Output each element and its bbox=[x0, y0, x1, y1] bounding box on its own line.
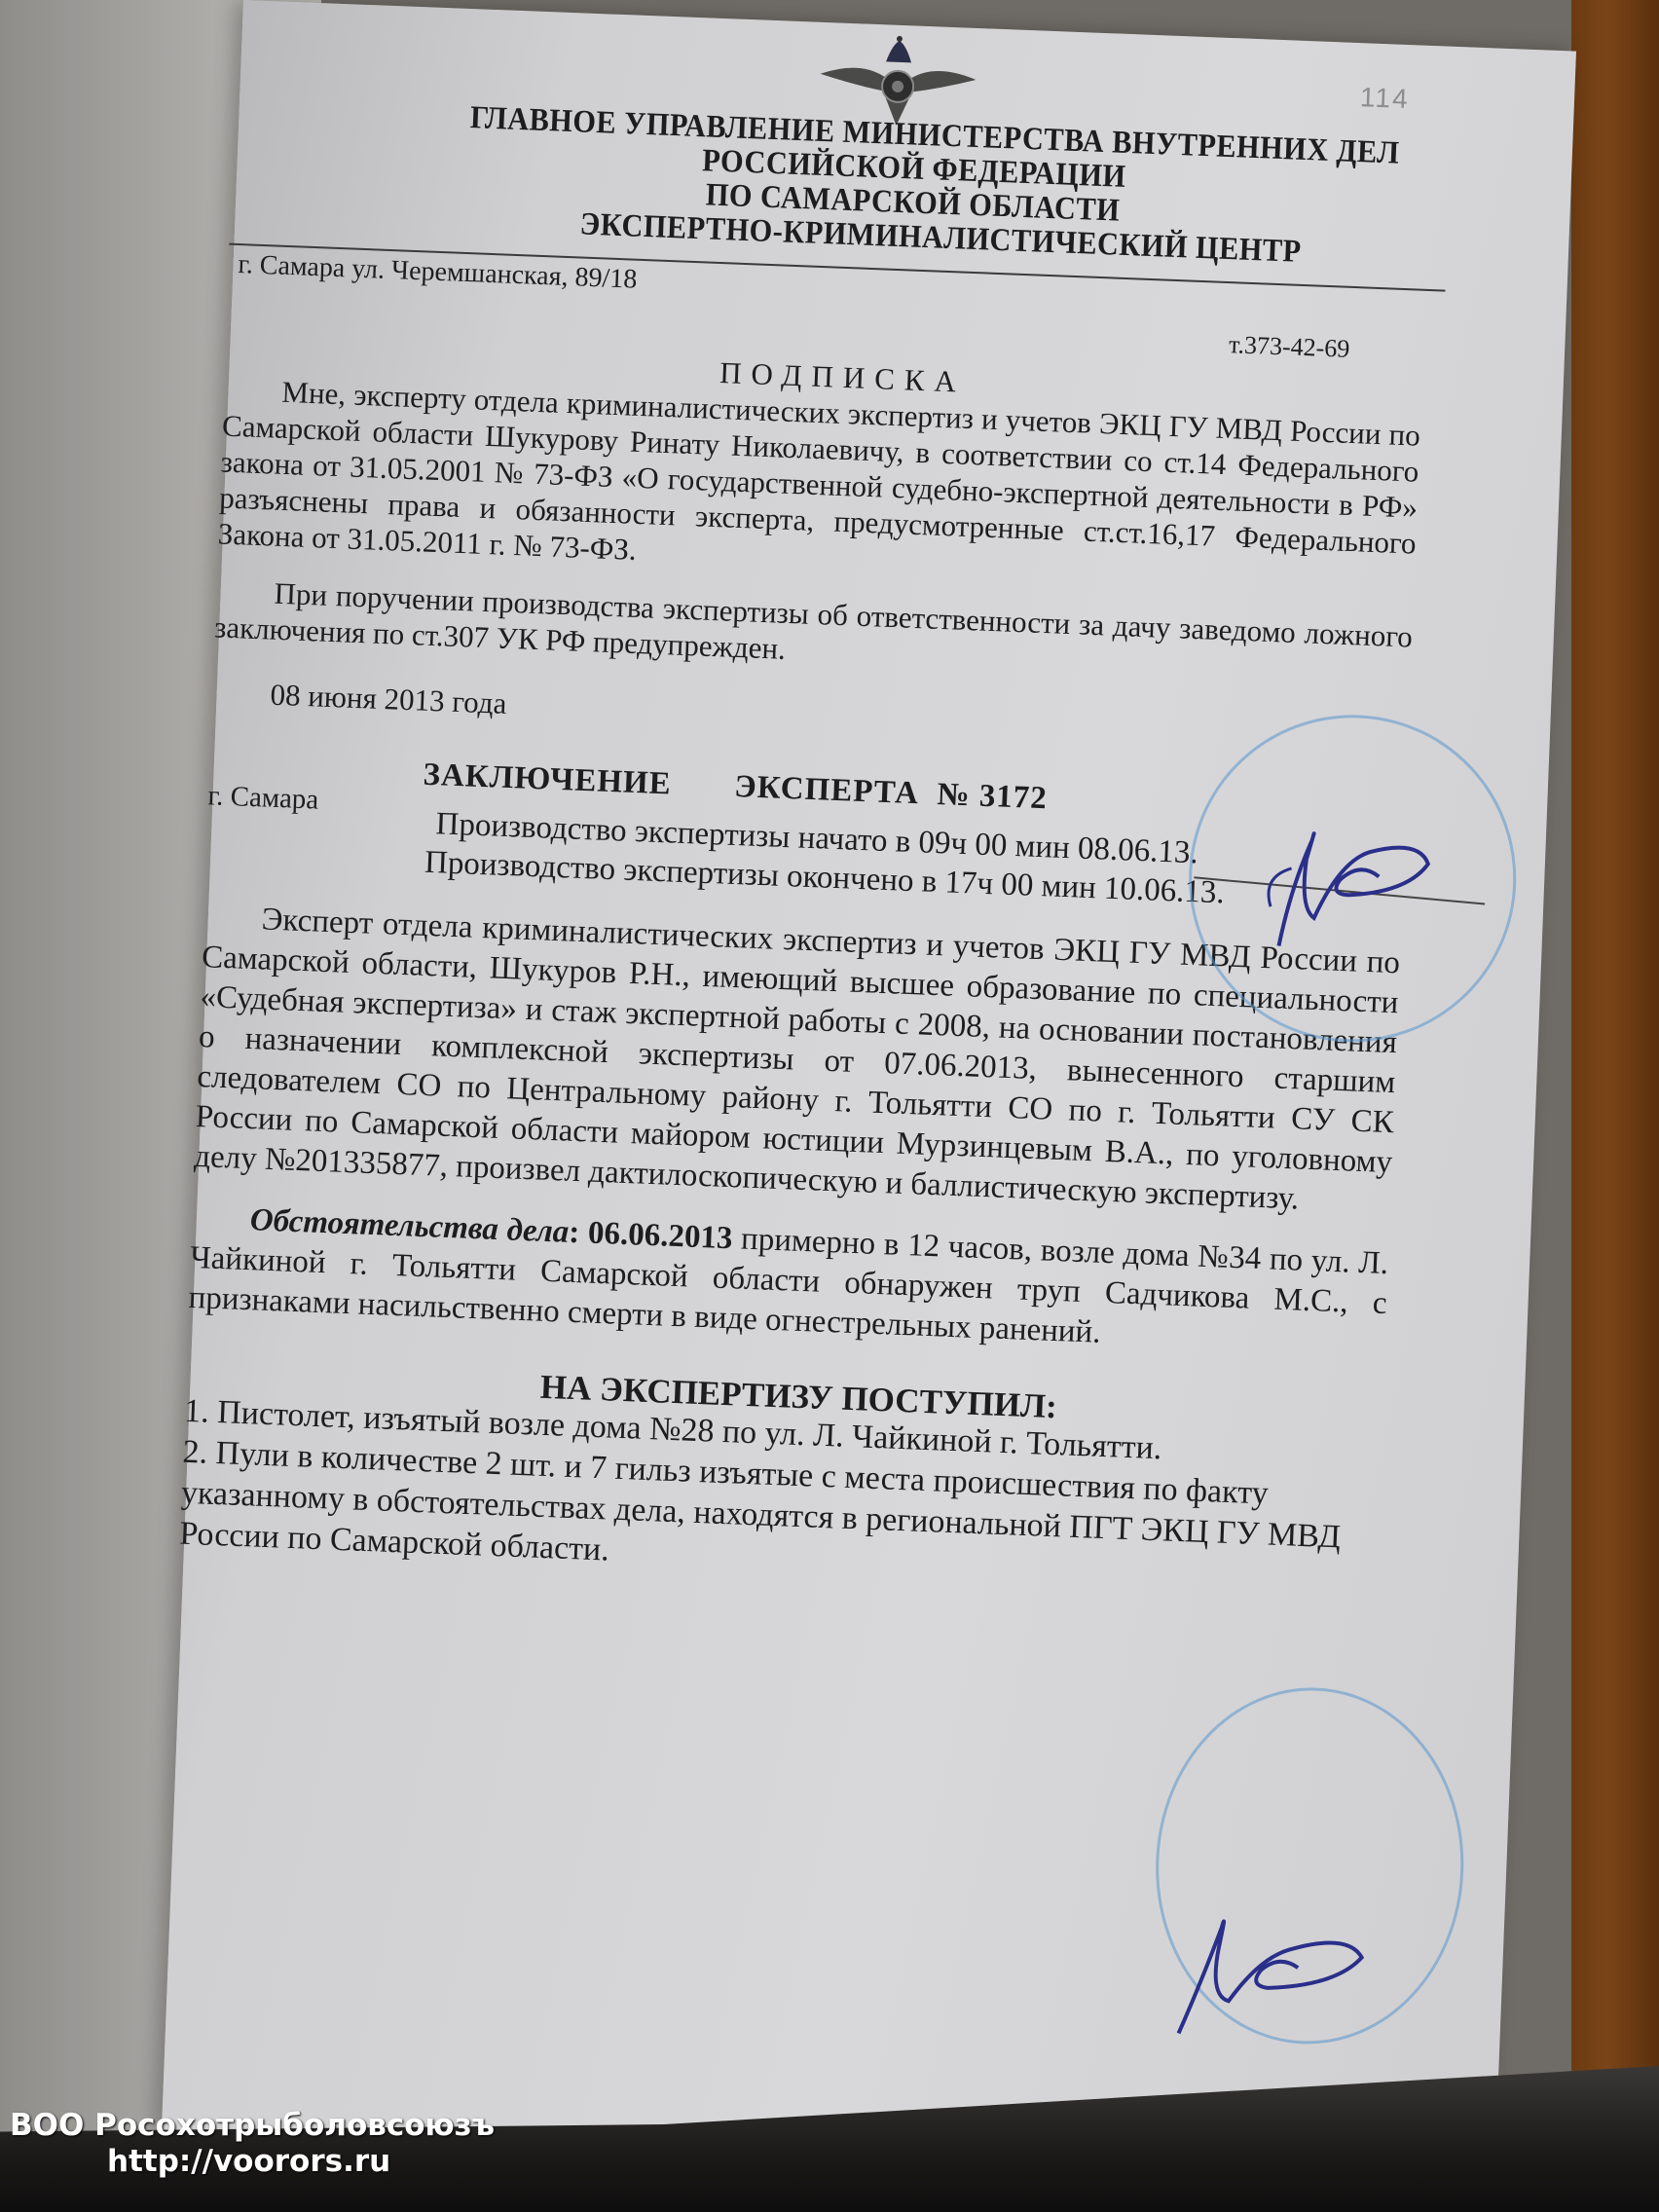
city: г. Самара bbox=[207, 778, 319, 818]
circumstances-date: : 06.06.2013 bbox=[569, 1215, 734, 1256]
conclusion-title: ЗАКЛЮЧЕНИЕ ЭКСПЕРТА № 3172 bbox=[423, 757, 1049, 818]
signature-icon bbox=[1220, 797, 1459, 962]
subscription-warning-paragraph: При поручении производства экспертизы об… bbox=[214, 572, 1414, 690]
document-page: 114 ГЛАВНОЕ УПРАВЛЕНИЕ МИНИСТЕРСТВА ВНУТ… bbox=[162, 0, 1576, 2182]
subscription-date: 08 июня 2013 года bbox=[270, 677, 1410, 756]
circumstances-paragraph: Обстоятельства дела: 06.06.2013 примерно… bbox=[188, 1198, 1389, 1364]
site-watermark: ВОО Росохотрыболовсоюзъ http://voorors.r… bbox=[10, 2108, 495, 2180]
watermark-org: ВОО Росохотрыболовсоюзъ bbox=[10, 2108, 495, 2143]
signature-icon bbox=[1149, 1886, 1388, 2050]
handwritten-page-number: 114 bbox=[1359, 82, 1410, 115]
circumstances-label: Обстоятельства дела bbox=[249, 1202, 570, 1250]
watermark-url: http://voorors.ru bbox=[107, 2144, 495, 2180]
phone-number: т.373-42-69 bbox=[1229, 330, 1350, 364]
wooden-table-edge bbox=[1571, 0, 1659, 2212]
